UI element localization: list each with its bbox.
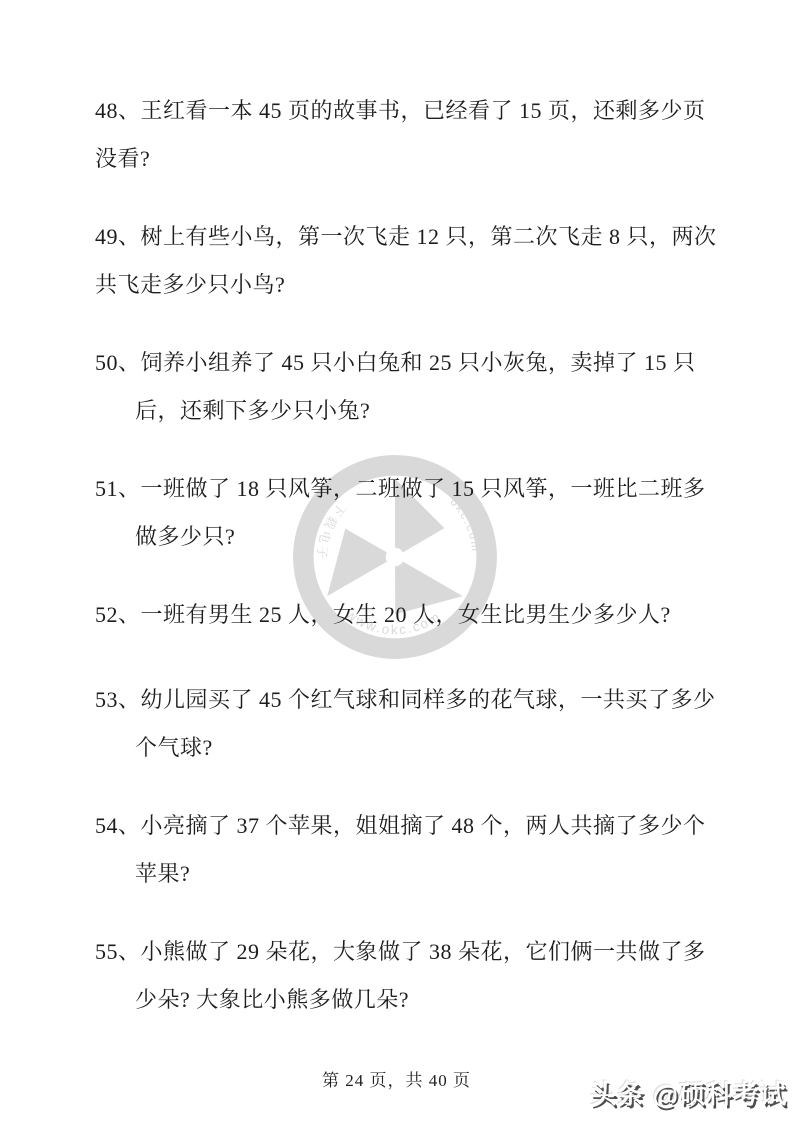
question-line: 没看? — [95, 135, 720, 183]
source-watermark-badge: 头条 @硕科考试 — [590, 1074, 787, 1111]
question-line: 少朵? 大象比小熊多做几朵? — [135, 976, 720, 1024]
questions: 48、王红看一本 45 页的故事书，已经看了 15 页，还剩多少页没看?49、树… — [95, 87, 720, 1054]
question-line: 做多少只? — [135, 513, 720, 561]
question: 51、一班做了 18 只风筝，二班做了 15 只风筝，一班比二班多做多少只? — [95, 465, 720, 561]
question-line: 52、一班有男生 25 人，女生 20 人，女生比男生少多少人? — [95, 591, 720, 639]
question: 50、饲养小组养了 45 只小白兔和 25 只小灰兔，卖掉了 15 只后，还剩下… — [95, 339, 720, 435]
question-line: 苹果? — [135, 850, 720, 898]
question-line: 后，还剩下多少只小兔? — [135, 387, 720, 435]
question-line: 53、幼儿园买了 45 个红气球和同样多的花气球，一共买了多少 — [95, 676, 720, 724]
question-line: 54、小亮摘了 37 个苹果，姐姐摘了 48 个，两人共摘了多少个 — [95, 802, 720, 850]
question-line: 48、王红看一本 45 页的故事书，已经看了 15 页，还剩多少页 — [95, 87, 720, 135]
question: 48、王红看一本 45 页的故事书，已经看了 15 页，还剩多少页没看? — [95, 87, 720, 183]
question-line: 55、小熊做了 29 朵花，大象做了 38 朵花，它们俩一共做了多 — [95, 928, 720, 976]
question: 53、幼儿园买了 45 个红气球和同样多的花气球，一共买了多少个气球? — [95, 676, 720, 772]
question-line: 50、饲养小组养了 45 只小白兔和 25 只小灰兔，卖掉了 15 只 — [95, 339, 720, 387]
question: 54、小亮摘了 37 个苹果，姐姐摘了 48 个，两人共摘了多少个苹果? — [95, 802, 720, 898]
worksheet-page: www.okc.com 下载电子 okc.com 48、王红看一本 45 页的故… — [0, 0, 793, 1121]
question-line: 49、树上有些小鸟，第一次飞走 12 只，第二次飞走 8 只，两次 — [95, 213, 720, 261]
question-line: 共飞走多少只小鸟? — [95, 261, 720, 309]
question: 55、小熊做了 29 朵花，大象做了 38 朵花，它们俩一共做了多少朵? 大象比… — [95, 928, 720, 1024]
question: 52、一班有男生 25 人，女生 20 人，女生比男生少多少人? — [95, 591, 720, 639]
question-line: 51、一班做了 18 只风筝，二班做了 15 只风筝，一班比二班多 — [95, 465, 720, 513]
question-line: 个气球? — [135, 724, 720, 772]
question: 49、树上有些小鸟，第一次飞走 12 只，第二次飞走 8 只，两次共飞走多少只小… — [95, 213, 720, 309]
